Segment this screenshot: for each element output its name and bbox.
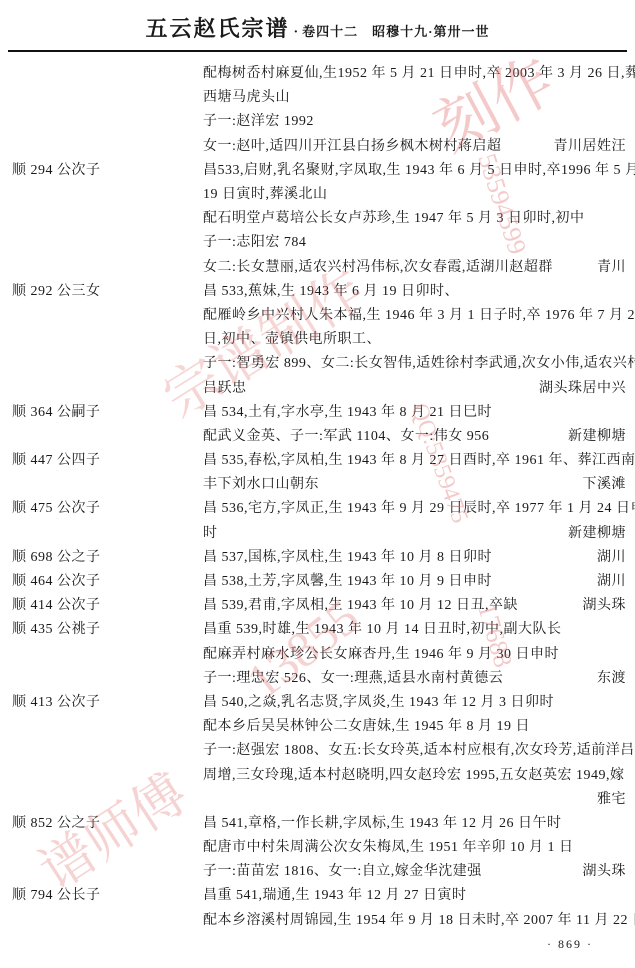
entry-text: 昌重 541,瑞通,生 1943 年 12 月 27 日寅时 bbox=[203, 884, 626, 904]
entry-text: 配雁岭乡中兴村人朱本福,生 1946 年 3 月 1 日子时,卒 1976 年 … bbox=[203, 304, 635, 324]
entry-text: 子一:赵强宏 1808、女五:长女玲英,适本村应根有,次女玲芳,适前洋吕 bbox=[203, 739, 635, 759]
genealogy-line: 顺 414 公次子昌 539,君甫,字凤相,生 1943 年 10 月 12 日… bbox=[0, 592, 635, 616]
genealogy-line: 日,初中、壶镇供电所职工、 bbox=[0, 326, 635, 350]
genealogy-line: 配本乡后吴吴林钟公二女唐妹,生 1945 年 8 月 19 日 bbox=[0, 713, 635, 737]
residence-annotation: 青川 bbox=[597, 256, 635, 276]
title-separator: · bbox=[293, 25, 298, 40]
genealogy-line: 西塘马虎头山 bbox=[0, 84, 635, 108]
entry-text: 昌 538,土芳,字凤馨,生 1943 年 10 月 9 日申时 bbox=[203, 570, 597, 590]
entry-text: 配石明堂卢葛培公长女卢苏珍,生 1947 年 5 月 3 日卯时,初中 bbox=[203, 207, 626, 227]
genealogy-line: 顺 852 公之子昌 541,章格,一作长耕,字凤标,生 1943 年 12 月… bbox=[0, 810, 635, 834]
entry-text: 时 bbox=[203, 522, 568, 542]
genealogy-entries: 配梅树岙村麻夏仙,生1952 年 5 月 21 日申时,卒 2003 年 3 月… bbox=[0, 52, 635, 931]
genealogy-line: 子一:智勇宏 899、女二:长女智伟,适姓徐村李武通,次女小伟,适农兴村 bbox=[0, 350, 635, 374]
entry-text: 昌 534,土有,字水亭,生 1943 年 8 月 21 日巳时 bbox=[203, 401, 626, 421]
genealogy-page: 五云赵氏宗谱·卷四十二昭穆十九·第卅一世 配梅树岙村麻夏仙,生1952 年 5 … bbox=[0, 0, 635, 968]
genealogy-line: 子一:理忠宏 526、女一:理燕,适县水南村黄德云东渡 bbox=[0, 665, 635, 689]
page-header: 五云赵氏宗谱·卷四十二昭穆十九·第卅一世 bbox=[0, 0, 635, 43]
entry-text: 子一:智勇宏 899、女二:长女智伟,适姓徐村李武通,次女小伟,适农兴村 bbox=[203, 352, 635, 372]
entry-order-label: 顺 447 公四子 bbox=[0, 449, 203, 469]
entry-text: 昌 540,之焱,乳名志贤,字凤炎,生 1943 年 12 月 3 日卯时 bbox=[203, 691, 626, 711]
genealogy-line: 配石明堂卢葛培公长女卢苏珍,生 1947 年 5 月 3 日卯时,初中 bbox=[0, 205, 635, 229]
entry-order-label: 顺 414 公次子 bbox=[0, 594, 203, 614]
entry-order-label: 顺 464 公次子 bbox=[0, 570, 203, 590]
residence-annotation: 下溪滩 bbox=[583, 473, 635, 493]
entry-text: 子一:苗苗宏 1816、女一:自立,嫁金华沈建强 bbox=[203, 860, 583, 880]
entry-order-label: 顺 475 公次子 bbox=[0, 497, 203, 517]
genealogy-line: 女一:赵叶,适四川开江县白扬乡枫木树村蒋启超青川居姓汪 bbox=[0, 133, 635, 157]
entry-text: 周增,三女玲瑰,适本村赵晓明,四女赵玲宏 1995,五女赵英宏 1949,嫁 bbox=[203, 764, 626, 784]
entry-text: 配麻弄村麻水珍公长女麻杏丹,生 1946 年 9 月 30 日申时 bbox=[203, 643, 626, 663]
generation-label: 昭穆十九·第卅一世 bbox=[372, 24, 489, 39]
genealogy-line: 配梅树岙村麻夏仙,生1952 年 5 月 21 日申时,卒 2003 年 3 月… bbox=[0, 60, 635, 84]
genealogy-line: 配武义金英、子一:军武 1104、女一:伟女 956新建柳塘 bbox=[0, 423, 635, 447]
residence-annotation: 湖头珠 bbox=[583, 860, 635, 880]
entry-order-label: 顺 794 公长子 bbox=[0, 884, 203, 904]
genealogy-line: 子一:赵洋宏 1992 bbox=[0, 108, 635, 132]
genealogy-line: 配本乡溶溪村周锦园,生 1954 年 9 月 18 日未时,卒 2007 年 1… bbox=[0, 907, 635, 931]
genealogy-line: 子一:志阳宏 784 bbox=[0, 229, 635, 253]
entry-text: 配唐市中村朱周满公次女朱梅凤,生 1951 年辛卯 10 月 1 日 bbox=[203, 836, 626, 856]
entry-text: 吕跃忠 bbox=[203, 377, 539, 397]
residence-annotation: 新建柳塘 bbox=[568, 425, 635, 445]
residence-annotation: 东渡 bbox=[597, 667, 635, 687]
entry-text: 子一:志阳宏 784 bbox=[203, 231, 626, 251]
entry-text: 昌 541,章格,一作长耕,字凤标,生 1943 年 12 月 26 日午时 bbox=[203, 812, 626, 832]
genealogy-line: 丰下刘水口山朝东下溪滩 bbox=[0, 471, 635, 495]
entry-text: 子一:理忠宏 526、女一:理燕,适县水南村黄德云 bbox=[203, 667, 597, 687]
residence-annotation: 湖头珠 bbox=[583, 594, 635, 614]
genealogy-line: 子一:苗苗宏 1816、女一:自立,嫁金华沈建强湖头珠 bbox=[0, 858, 635, 882]
entry-text: 昌 539,君甫,字凤相,生 1943 年 10 月 12 日丑,卒缺 bbox=[203, 594, 583, 614]
genealogy-line: 配麻弄村麻水珍公长女麻杏丹,生 1946 年 9 月 30 日申时 bbox=[0, 641, 635, 665]
genealogy-line: 顺 413 公次子昌 540,之焱,乳名志贤,字凤炎,生 1943 年 12 月… bbox=[0, 689, 635, 713]
entry-text: 昌 537,国栋,字凤柱,生 1943 年 10 月 8 日卯时 bbox=[203, 546, 597, 566]
residence-annotation: 青川居姓汪 bbox=[554, 135, 635, 155]
entry-text: 女二:长女慧丽,适农兴村冯伟标,次女春霞,适湖川赵超群 bbox=[203, 256, 597, 276]
entry-text: 女一:赵叶,适四川开江县白扬乡枫木树村蒋启超 bbox=[203, 135, 554, 155]
genealogy-line: 顺 292 公三女昌 533,蕉妹,生 1943 年 6 月 19 日卯时、 bbox=[0, 278, 635, 302]
genealogy-line: 顺 364 公嗣子昌 534,土有,字水亭,生 1943 年 8 月 21 日巳… bbox=[0, 399, 635, 423]
residence-annotation: 湖川 bbox=[597, 570, 635, 590]
genealogy-line: 顺 475 公次子昌 536,宅方,字凤正,生 1943 年 9 月 29 日辰… bbox=[0, 495, 635, 519]
entry-text: 配武义金英、子一:军武 1104、女一:伟女 956 bbox=[203, 425, 568, 445]
volume-label: 卷四十二 bbox=[302, 24, 358, 39]
genealogy-line: 周增,三女玲瑰,适本村赵晓明,四女赵玲宏 1995,五女赵英宏 1949,嫁 bbox=[0, 761, 635, 785]
entry-text: 昌 535,春松,字凤柏,生 1943 年 8 月 27 日酉时,卒 1961 … bbox=[203, 449, 635, 469]
entry-text: 昌 536,宅方,字凤正,生 1943 年 9 月 29 日辰时,卒 1977 … bbox=[203, 497, 635, 517]
residence-annotation: 湖头珠居中兴 bbox=[539, 377, 635, 397]
residence-annotation: 湖川 bbox=[597, 546, 635, 566]
entry-text: 昌533,启财,乳名聚财,字凤取,生 1943 年 6 月 5 日申时,卒199… bbox=[203, 159, 635, 179]
entry-text: 配本乡后吴吴林钟公二女唐妹,生 1945 年 8 月 19 日 bbox=[203, 715, 626, 735]
genealogy-line: 19 日寅时,葬溪北山 bbox=[0, 181, 635, 205]
entry-order-label: 顺 698 公之子 bbox=[0, 546, 203, 566]
page-number: · 869 · bbox=[547, 937, 593, 952]
residence-annotation: 雅宅 bbox=[597, 788, 635, 808]
entry-order-label: 顺 364 公嗣子 bbox=[0, 401, 203, 421]
entry-text: 配梅树岙村麻夏仙,生1952 年 5 月 21 日申时,卒 2003 年 3 月… bbox=[203, 62, 635, 82]
entry-text: 配本乡溶溪村周锦园,生 1954 年 9 月 18 日未时,卒 2007 年 1… bbox=[203, 909, 635, 929]
genealogy-line: 顺 464 公次子昌 538,土芳,字凤馨,生 1943 年 10 月 9 日申… bbox=[0, 568, 635, 592]
genealogy-line: 子一:赵强宏 1808、女五:长女玲英,适本村应根有,次女玲芳,适前洋吕 bbox=[0, 737, 635, 761]
genealogy-line: 配雁岭乡中兴村人朱本福,生 1946 年 3 月 1 日子时,卒 1976 年 … bbox=[0, 302, 635, 326]
entry-order-label: 顺 294 公次子 bbox=[0, 159, 203, 179]
entry-text: 子一:赵洋宏 1992 bbox=[203, 110, 626, 130]
genealogy-line: 顺 698 公之子昌 537,国栋,字凤柱,生 1943 年 10 月 8 日卯… bbox=[0, 544, 635, 568]
entry-text: 昌重 539,时雄,生 1943 年 10 月 14 日丑时,初中,副大队长 bbox=[203, 618, 626, 638]
entry-text: 19 日寅时,葬溪北山 bbox=[203, 183, 626, 203]
genealogy-line: 顺 794 公长子昌重 541,瑞通,生 1943 年 12 月 27 日寅时 bbox=[0, 882, 635, 906]
entry-text: 日,初中、壶镇供电所职工、 bbox=[203, 328, 626, 348]
genealogy-line: 雅宅 bbox=[0, 786, 635, 810]
genealogy-line: 配唐市中村朱周满公次女朱梅凤,生 1951 年辛卯 10 月 1 日 bbox=[0, 834, 635, 858]
genealogy-line: 顺 435 公祧子昌重 539,时雄,生 1943 年 10 月 14 日丑时,… bbox=[0, 616, 635, 640]
entry-text: 西塘马虎头山 bbox=[203, 86, 626, 106]
page-title: 五云赵氏宗谱 bbox=[145, 16, 289, 41]
entry-text: 昌 533,蕉妹,生 1943 年 6 月 19 日卯时、 bbox=[203, 280, 626, 300]
genealogy-line: 时新建柳塘 bbox=[0, 520, 635, 544]
genealogy-line: 女二:长女慧丽,适农兴村冯伟标,次女春霞,适湖川赵超群青川 bbox=[0, 254, 635, 278]
genealogy-line: 顺 294 公次子昌533,启财,乳名聚财,字凤取,生 1943 年 6 月 5… bbox=[0, 157, 635, 181]
genealogy-line: 顺 447 公四子昌 535,春松,字凤柏,生 1943 年 8 月 27 日酉… bbox=[0, 447, 635, 471]
genealogy-line: 吕跃忠湖头珠居中兴 bbox=[0, 374, 635, 398]
entry-order-label: 顺 292 公三女 bbox=[0, 280, 203, 300]
entry-order-label: 顺 435 公祧子 bbox=[0, 618, 203, 638]
entry-order-label: 顺 852 公之子 bbox=[0, 812, 203, 832]
residence-annotation: 新建柳塘 bbox=[568, 522, 635, 542]
entry-text: 丰下刘水口山朝东 bbox=[203, 473, 583, 493]
entry-order-label: 顺 413 公次子 bbox=[0, 691, 203, 711]
